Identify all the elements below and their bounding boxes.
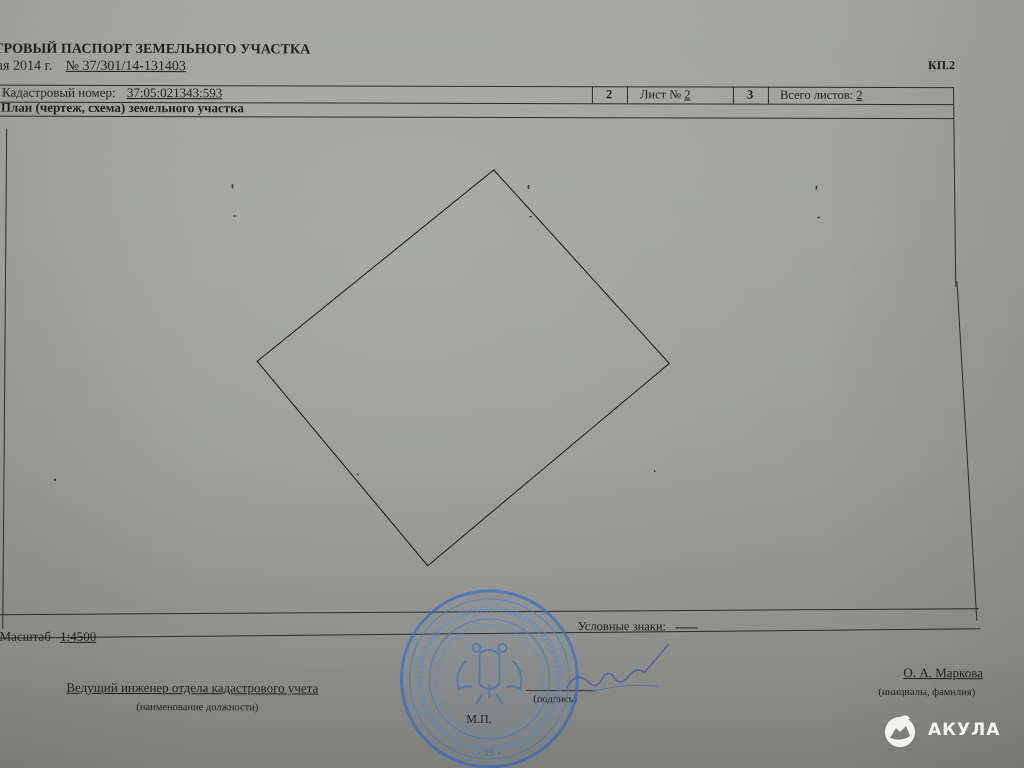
svg-text:• 25 •: • 25 •	[477, 749, 502, 758]
handwritten-signature	[558, 640, 678, 700]
official-stamp-icon: • 25 •	[396, 586, 582, 768]
watermark: АКУЛА	[882, 712, 1000, 748]
scale-value: 1:4500	[60, 629, 96, 644]
cadastral-passport-sheet: ТРОВЫЙ ПАСПОРТ ЗЕМЕЛЬНОГО УЧАСТКА ля 201…	[0, 0, 1024, 768]
legend-row: Условные знаки:	[578, 619, 698, 634]
scale-row: Масштаб 1:4500	[0, 629, 96, 645]
grid-markers	[54, 184, 820, 483]
watermark-brand: АКУЛА	[928, 720, 1000, 740]
signer-name: О. А. Маркова	[903, 665, 983, 681]
shark-logo-icon	[882, 712, 918, 748]
boundary-line-symbol-icon	[675, 627, 697, 628]
name-caption: (инициалы, фамилия)	[878, 687, 975, 698]
signer-position: Ведущий инженер отдела кадастрового учет…	[66, 680, 318, 697]
parcel-boundary	[257, 169, 670, 566]
position-caption: (наименование должности)	[136, 702, 258, 713]
legend-label: Условные знаки:	[578, 619, 667, 633]
scale-label: Масштаб	[0, 629, 51, 644]
